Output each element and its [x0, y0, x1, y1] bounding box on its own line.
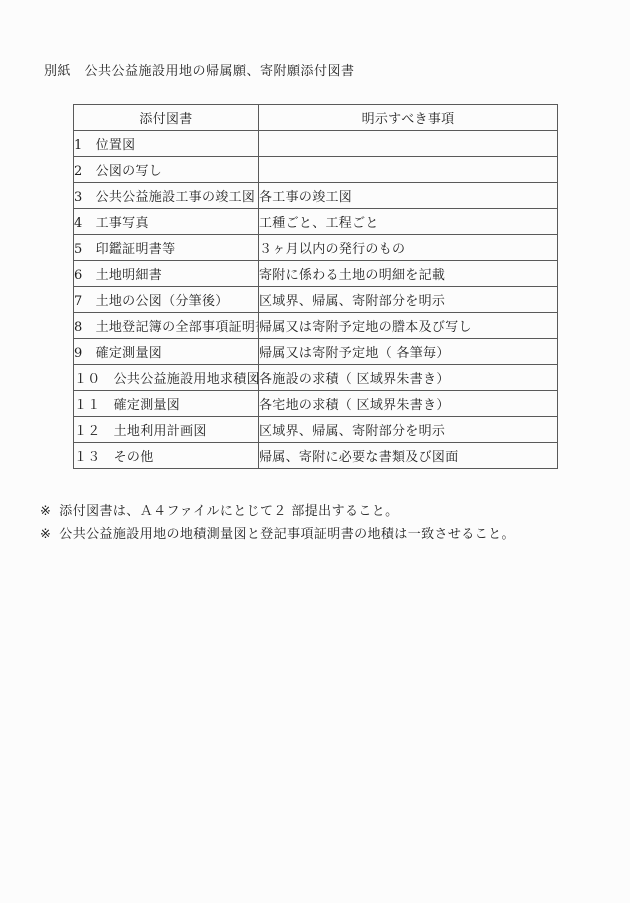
row-number: １２ [74, 420, 101, 439]
document-page: 別紙 公共公益施設用地の帰属願、寄附願添付図書 添付図書 明示すべき事項 1位置… [0, 0, 630, 903]
row-desc: 各工事の竣工図 [259, 183, 558, 209]
row-desc: 寄附に係わる土地の明細を記載 [259, 261, 558, 287]
row-desc: 工種ごと、工程ごと [259, 209, 558, 235]
reference-mark: ※ [40, 504, 51, 519]
table-row: 7土地の公図（分筆後） 区域界、帰属、寄附部分を明示 [74, 287, 558, 313]
row-number: 3 [74, 190, 83, 205]
row-name: 土地明細書 [96, 268, 163, 283]
table-row: 1位置図 [74, 131, 558, 157]
row-name: 公共公益施設工事の竣工図 [96, 190, 256, 205]
column-header-attachment-documents: 添付図書 [74, 105, 259, 131]
row-number: 8 [74, 320, 83, 335]
footnote-line: ※添付図書は、Ａ４ファイルにとじて２ 部提出すること。 [40, 500, 515, 523]
table-header-row: 添付図書 明示すべき事項 [74, 105, 558, 131]
row-name: その他 [114, 450, 154, 465]
table-row: 2公図の写し [74, 157, 558, 183]
table-row: １３その他 帰属、寄附に必要な書類及び図面 [74, 443, 558, 469]
row-number: １０ [74, 368, 101, 387]
row-number: 6 [74, 268, 83, 283]
table-row: １１確定測量図 各宅地の求積（ 区域界朱書き） [74, 391, 558, 417]
row-number: 1 [74, 138, 83, 153]
row-desc: 帰属又は寄附予定地の謄本及び写し [259, 313, 558, 339]
table-row: １２土地利用計画図 区域界、帰属、寄附部分を明示 [74, 417, 558, 443]
footnote-line: ※公共公益施設用地の地積測量図と登記事項証明書の地積は一致させること。 [40, 523, 515, 546]
column-header-items-to-indicate: 明示すべき事項 [259, 105, 558, 131]
row-number: 7 [74, 294, 83, 309]
row-name: 印鑑証明書等 [96, 242, 176, 257]
row-number: 9 [74, 346, 83, 361]
row-number: １１ [74, 394, 101, 413]
row-desc: ３ヶ月以内の発行のもの [259, 235, 558, 261]
row-name: 位置図 [96, 138, 136, 153]
row-name: 工事写真 [96, 216, 149, 231]
row-desc [259, 157, 558, 183]
table-row: 9確定測量図 帰属又は寄附予定地（ 各筆毎） [74, 339, 558, 365]
table-row: １０公共公益施設用地求積図 各施設の求積（ 区域界朱書き） [74, 365, 558, 391]
row-name: 土地登記簿の全部事項証明書 [96, 320, 259, 335]
row-name: 公共公益施設用地求積図 [114, 372, 259, 387]
footnotes: ※添付図書は、Ａ４ファイルにとじて２ 部提出すること。 ※公共公益施設用地の地積… [40, 500, 515, 546]
table-row: 6土地明細書 寄附に係わる土地の明細を記載 [74, 261, 558, 287]
row-name: 確定測量図 [114, 398, 181, 413]
row-number: １３ [74, 446, 101, 465]
table-row: 3公共公益施設工事の竣工図 各工事の竣工図 [74, 183, 558, 209]
row-number: 5 [74, 242, 83, 257]
footnote-text: 公共公益施設用地の地積測量図と登記事項証明書の地積は一致させること。 [59, 527, 515, 542]
row-name: 確定測量図 [96, 346, 163, 361]
row-number: 2 [74, 164, 83, 179]
table-row: 5印鑑証明書等 ３ヶ月以内の発行のもの [74, 235, 558, 261]
row-number: 4 [74, 216, 83, 231]
table-row: 8土地登記簿の全部事項証明書 帰属又は寄附予定地の謄本及び写し [74, 313, 558, 339]
row-name: 土地利用計画図 [114, 424, 207, 439]
row-desc: 区域界、帰属、寄附部分を明示 [259, 417, 558, 443]
table-row: 4工事写真 工種ごと、工程ごと [74, 209, 558, 235]
attachment-documents-table: 添付図書 明示すべき事項 1位置図 2公図の写し 3公共公益施設工事の竣工図 各… [73, 104, 558, 469]
row-desc: 各施設の求積（ 区域界朱書き） [259, 365, 558, 391]
footnote-text: 添付図書は、Ａ４ファイルにとじて２ 部提出すること。 [59, 504, 398, 519]
row-desc [259, 131, 558, 157]
page-title: 別紙 公共公益施設用地の帰属願、寄附願添付図書 [44, 60, 355, 79]
row-name: 土地の公図（分筆後） [96, 294, 229, 309]
row-desc: 区域界、帰属、寄附部分を明示 [259, 287, 558, 313]
reference-mark: ※ [40, 527, 51, 542]
row-desc: 帰属、寄附に必要な書類及び図面 [259, 443, 558, 469]
row-name: 公図の写し [96, 164, 163, 179]
row-desc: 帰属又は寄附予定地（ 各筆毎） [259, 339, 558, 365]
row-desc: 各宅地の求積（ 区域界朱書き） [259, 391, 558, 417]
